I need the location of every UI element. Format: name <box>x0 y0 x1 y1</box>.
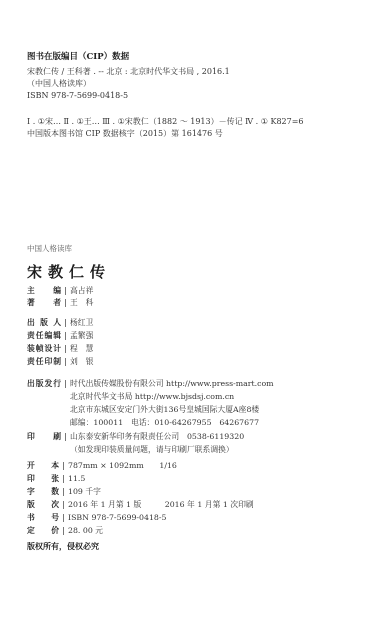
credit-row: 著 者王 科 <box>27 297 93 308</box>
spec-label: 字 数 <box>27 486 59 497</box>
price-value: 28. 00 元 <box>68 525 103 536</box>
divider <box>65 287 66 295</box>
spec-label: 开 本 <box>27 460 59 471</box>
staff-value: 孟繁强 <box>70 330 93 341</box>
staff-value: 刘 银 <box>70 356 93 367</box>
spec-value: ISBN 978-7-5699-0418-5 <box>68 513 166 522</box>
divider <box>63 501 64 509</box>
divider <box>63 462 64 470</box>
spec-label: 印 张 <box>27 473 59 484</box>
credit-row: 主 编高占祥 <box>27 285 93 296</box>
staff-label: 责任编辑 <box>27 330 61 341</box>
staff-value: 杨红卫 <box>70 317 93 328</box>
divider <box>65 299 66 307</box>
divider <box>65 433 66 441</box>
staff-label: 装帧设计 <box>27 343 61 354</box>
spec-row: 书 号ISBN 978-7-5699-0418-5 <box>27 512 166 523</box>
divider <box>63 514 64 522</box>
spec-row: 开 本787mm × 1092mm 1/16 <box>27 460 177 471</box>
printer-line: 山东泰安新华印务有限责任公司 0538-6119320 <box>70 431 244 442</box>
printer-label: 印 刷 <box>27 431 61 442</box>
spec-value: 787mm × 1092mm 1/16 <box>68 460 177 471</box>
staff-label: 责任印制 <box>27 356 61 367</box>
staff-label: 出 版 人 <box>27 317 61 328</box>
staff-row: 责任印制刘 银 <box>27 356 93 367</box>
book-title: 宋教仁传 <box>27 261 111 282</box>
staff-row: 责任编辑孟繁强 <box>27 330 93 341</box>
price-row: 定 价28. 00 元 <box>27 525 103 536</box>
cip-classification: Ⅰ . ①宋… Ⅱ . ①王… Ⅲ . ①宋教仁（1882 ～ 1913）－传记… <box>27 116 304 128</box>
publisher-line: 北京时代华文书局 http://www.bjsdsj.com.cn <box>70 391 234 402</box>
publisher-line: 时代出版传媒股份有限公司 http://www.press-mart.com <box>70 378 274 389</box>
publisher-contact: 邮编：100011 电话：010-64267955 64267677 <box>70 417 259 428</box>
divider <box>63 475 64 483</box>
spec-row: 字 数109 千字 <box>27 486 101 497</box>
series-name: 中国人格读库 <box>27 243 72 254</box>
spec-value: 109 千字 <box>68 486 101 497</box>
divider <box>63 488 64 496</box>
spec-label: 版 次 <box>27 499 59 510</box>
staff-value: 程 慧 <box>70 343 93 354</box>
cip-heading: 图书在版编目（CIP）数据 <box>27 50 129 62</box>
credit-value: 王 科 <box>70 297 93 308</box>
cip-line: 宋教仁传 / 王科著 . -- 北京 : 北京时代华文书局 , 2016.1 <box>27 66 230 78</box>
divider <box>65 332 66 340</box>
spec-row: 版 次2016 年 1 月第 1 版 2016 年 1 月第 1 次印刷 <box>27 499 254 510</box>
cip-line: （中国人格读库） <box>27 78 91 90</box>
spec-row: 印 张11.5 <box>27 473 85 484</box>
spec-value: 11.5 <box>68 474 85 483</box>
printer-note: （如发现印装质量问题，请与印刷厂联系调换） <box>70 444 234 455</box>
publisher-label: 出版发行 <box>27 378 61 389</box>
printer-row: 印 刷山东泰安新华印务有限责任公司 0538-6119320 <box>27 431 244 442</box>
credit-label: 著 者 <box>27 297 61 308</box>
copyright-notice: 版权所有，侵权必究 <box>27 541 99 552</box>
credit-value: 高占祥 <box>70 285 93 296</box>
spec-value: 2016 年 1 月第 1 版 2016 年 1 月第 1 次印刷 <box>68 499 254 510</box>
staff-row: 出 版 人杨红卫 <box>27 317 93 328</box>
credit-label: 主 编 <box>27 285 61 296</box>
divider <box>65 345 66 353</box>
divider <box>65 380 66 388</box>
price-label: 定 价 <box>27 525 59 536</box>
publisher-address: 北京市东城区安定门外大街136号皇城国际大厦A座8楼 <box>70 404 259 415</box>
publisher-row: 出版发行时代出版传媒股份有限公司 http://www.press-mart.c… <box>27 378 274 389</box>
divider <box>65 319 66 327</box>
cip-record: 中国版本图书馆 CIP 数据核字（2015）第 161476 号 <box>27 128 223 140</box>
divider <box>63 527 64 535</box>
staff-row: 装帧设计程 慧 <box>27 343 93 354</box>
divider <box>65 358 66 366</box>
cip-line: ISBN 978-7-5699-0418-5 <box>27 90 128 102</box>
spec-label: 书 号 <box>27 512 59 523</box>
